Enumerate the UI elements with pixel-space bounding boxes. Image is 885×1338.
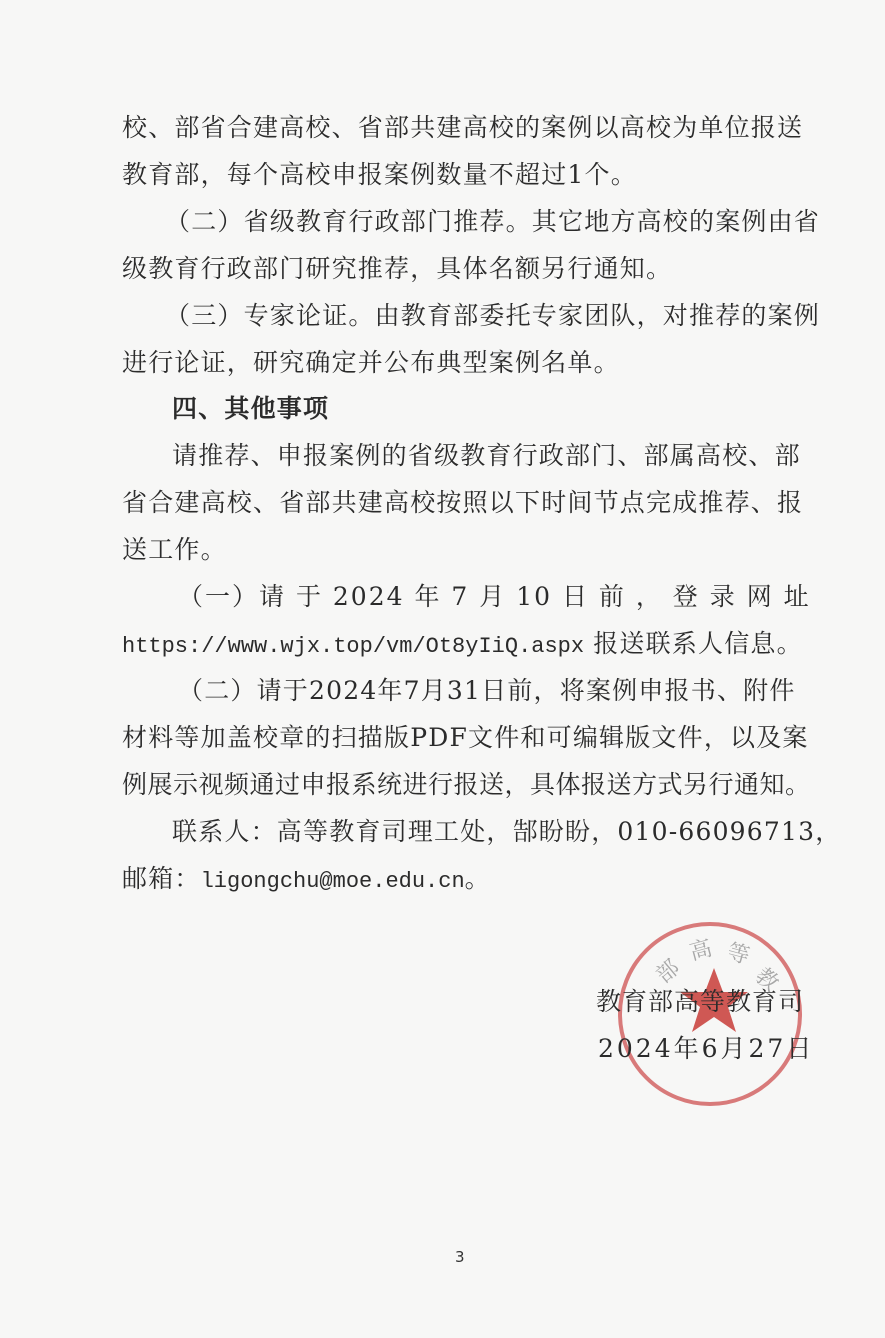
paragraph-line: 进行论证，研究确定并公布典型案例名单。 [122,348,620,378]
paragraph-line: 省合建高校、省部共建高校按照以下时间节点完成推荐、报 [122,488,803,518]
svg-text:部: 部 [652,955,685,988]
paragraph-line: （二）请于2024年7月31日前，将案例申报书、附件 [178,676,796,706]
survey-url-link[interactable]: https://www.wjx.top/vm/Ot8yIiQ.aspx [122,634,584,659]
issuer-signature: 教育部高等教育司 [596,987,804,1017]
paragraph-line: 教育部，每个高校申报案例数量不超过1个。 [122,160,637,190]
email-label: 邮箱： [122,864,201,893]
paragraph-line: 校、部省合建高校、省部共建高校的案例以高校为单位报送 [122,113,803,143]
email-end: 。 [465,864,491,893]
paragraph-line: 例展示视频通过申报系统进行报送，具体报送方式另行通知。 [122,770,811,800]
paragraph-line: https://www.wjx.top/vm/Ot8yIiQ.aspx 报送联系… [122,629,803,662]
section-heading: 四、其他事项 [172,394,329,424]
paragraph-line: （三）专家论证。由教育部委托专家团队，对推荐的案例 [165,301,820,331]
email-link[interactable]: ligongchu@moe.edu.cn [201,869,465,894]
svg-text:高: 高 [687,936,715,966]
email-line: 邮箱：ligongchu@moe.edu.cn。 [122,864,491,897]
svg-text:等: 等 [724,940,752,970]
paragraph-line: 级教育行政部门研究推荐，具体名额另行通知。 [122,254,672,284]
paragraph-line: （二）省级教育行政部门推荐。其它地方高校的案例由省 [165,207,820,237]
url-suffix-text: 报送联系人信息。 [593,629,803,658]
paragraph-line: （一）请 于 2024 年 7 月 10 日 前 ， 登 录 网 址 [178,582,811,612]
paragraph-line: 送工作。 [122,535,227,565]
page-number: 3 [455,1248,465,1266]
contact-line: 联系人：高等教育司理工处，郜盼盼，010-66096713， [172,817,841,847]
issue-date: 2024年6月27日 [598,1034,814,1064]
paragraph-line: 请推荐、申报案例的省级教育行政部门、部属高校、部 [172,441,801,471]
paragraph-line: 材料等加盖校章的扫描版PDF文件和可编辑版文件，以及案 [122,723,809,753]
